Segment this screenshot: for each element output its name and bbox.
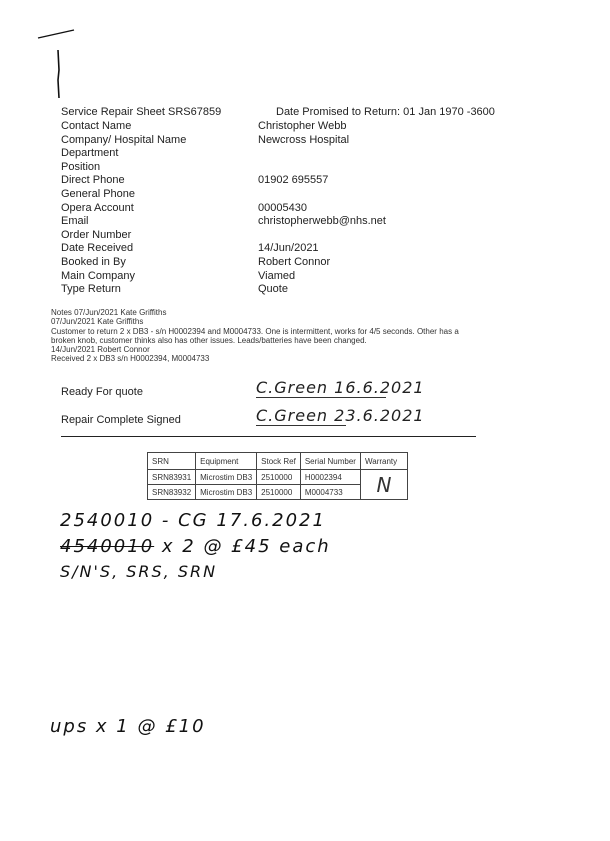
cell-serial-number: M0004733 xyxy=(300,485,360,500)
field-row: Main CompanyViamed xyxy=(61,270,501,283)
handwritten-ups-note: ups x 1 @ £10 xyxy=(50,716,206,737)
field-label: Booked in By xyxy=(61,256,126,269)
note-line: 07/Jun/2021 Kate Griffiths xyxy=(51,317,551,326)
sheet-title: Service Repair Sheet SRS67859 xyxy=(61,106,221,118)
table-header-row: SRN Equipment Stock Ref Serial Number Wa… xyxy=(148,453,408,470)
field-label: Direct Phone xyxy=(61,174,125,187)
field-label: Opera Account xyxy=(61,202,134,215)
section-divider xyxy=(61,436,476,437)
cell-stock-ref: 2510000 xyxy=(257,470,301,485)
struck-stock-code: 4540010 xyxy=(60,536,154,557)
ready-for-quote-signature: C.Green 16.6.2021 xyxy=(256,378,425,397)
field-label: Department xyxy=(61,147,118,160)
field-value: 01902 695557 xyxy=(258,174,328,187)
note-line: Customer to return 2 x DB3 - s/n H000239… xyxy=(51,327,551,336)
ready-for-quote-underline xyxy=(256,397,386,398)
field-value: Quote xyxy=(258,283,288,296)
field-row: Type ReturnQuote xyxy=(61,283,501,296)
note-line: Notes 07/Jun/2021 Kate Griffiths xyxy=(51,308,551,317)
equipment-table: SRN Equipment Stock Ref Serial Number Wa… xyxy=(147,452,408,500)
service-repair-sheet: Service Repair Sheet SRS67859 Date Promi… xyxy=(0,0,610,841)
handwritten-stock-note: 2540010 - CG 17.6.2021 xyxy=(60,510,326,531)
cell-equipment: Microstim DB3 xyxy=(196,485,257,500)
field-row: Company/ Hospital NameNewcross Hospital xyxy=(61,134,501,147)
field-value: 14/Jun/2021 xyxy=(258,242,319,255)
field-row: Order Number xyxy=(61,229,501,242)
cell-warranty-handwritten: N xyxy=(360,470,407,500)
note-line: Received 2 x DB3 s/n H0002394, M0004733 xyxy=(51,354,551,363)
table-row: SRN83931 Microstim DB3 2510000 H0002394 … xyxy=(148,470,408,485)
header-equipment: Equipment xyxy=(196,453,257,470)
cell-equipment: Microstim DB3 xyxy=(196,470,257,485)
price-detail: x 2 @ £45 each xyxy=(154,536,330,557)
field-row: Date Received14/Jun/2021 xyxy=(61,242,501,255)
field-value: Newcross Hospital xyxy=(258,134,349,147)
header-stock-ref: Stock Ref xyxy=(257,453,301,470)
field-label: Email xyxy=(61,215,89,228)
field-label: Main Company xyxy=(61,270,135,283)
field-label: Order Number xyxy=(61,229,131,242)
field-label: Date Received xyxy=(61,242,133,255)
field-row: Booked in ByRobert Connor xyxy=(61,256,501,269)
header-warranty: Warranty xyxy=(360,453,407,470)
field-value: christopherwebb@nhs.net xyxy=(258,215,386,228)
notes-block: Notes 07/Jun/2021 Kate Griffiths 07/Jun/… xyxy=(51,308,551,364)
note-line: broken knob, customer thinks also has ot… xyxy=(51,336,551,345)
header-srn: SRN xyxy=(148,453,196,470)
handwritten-price-note: 4540010 x 2 @ £45 each xyxy=(60,536,331,557)
field-label: Type Return xyxy=(61,283,121,296)
field-row: Contact NameChristopher Webb xyxy=(61,120,501,133)
field-row: Position xyxy=(61,161,501,174)
header-serial-number: Serial Number xyxy=(300,453,360,470)
date-promised: Date Promised to Return: 01 Jan 1970 -36… xyxy=(276,106,495,118)
field-value: Christopher Webb xyxy=(258,120,346,133)
field-row: Direct Phone01902 695557 xyxy=(61,174,501,187)
field-label: Company/ Hospital Name xyxy=(61,134,186,147)
field-row: Opera Account00005430 xyxy=(61,202,501,215)
field-label: Contact Name xyxy=(61,120,131,133)
field-value: Viamed xyxy=(258,270,295,283)
repair-complete-signature: C.Green 23.6.2021 xyxy=(256,406,425,425)
field-value: 00005430 xyxy=(258,202,307,215)
field-row: General Phone xyxy=(61,188,501,201)
field-label: Position xyxy=(61,161,100,174)
cell-srn: SRN83932 xyxy=(148,485,196,500)
cell-serial-number: H0002394 xyxy=(300,470,360,485)
repair-complete-underline xyxy=(256,425,346,426)
field-label: General Phone xyxy=(61,188,135,201)
field-value: Robert Connor xyxy=(258,256,330,269)
repair-complete-label: Repair Complete Signed xyxy=(61,414,181,426)
handwritten-serials-note: S/N'S, SRS, SRN xyxy=(60,562,217,581)
note-line: 14/Jun/2021 Robert Connor xyxy=(51,345,551,354)
cell-stock-ref: 2510000 xyxy=(257,485,301,500)
field-row: Emailchristopherwebb@nhs.net xyxy=(61,215,501,228)
cell-srn: SRN83931 xyxy=(148,470,196,485)
field-row: Department xyxy=(61,147,501,160)
handwritten-tick-mark-icon xyxy=(36,22,86,102)
ready-for-quote-label: Ready For quote xyxy=(61,386,143,398)
